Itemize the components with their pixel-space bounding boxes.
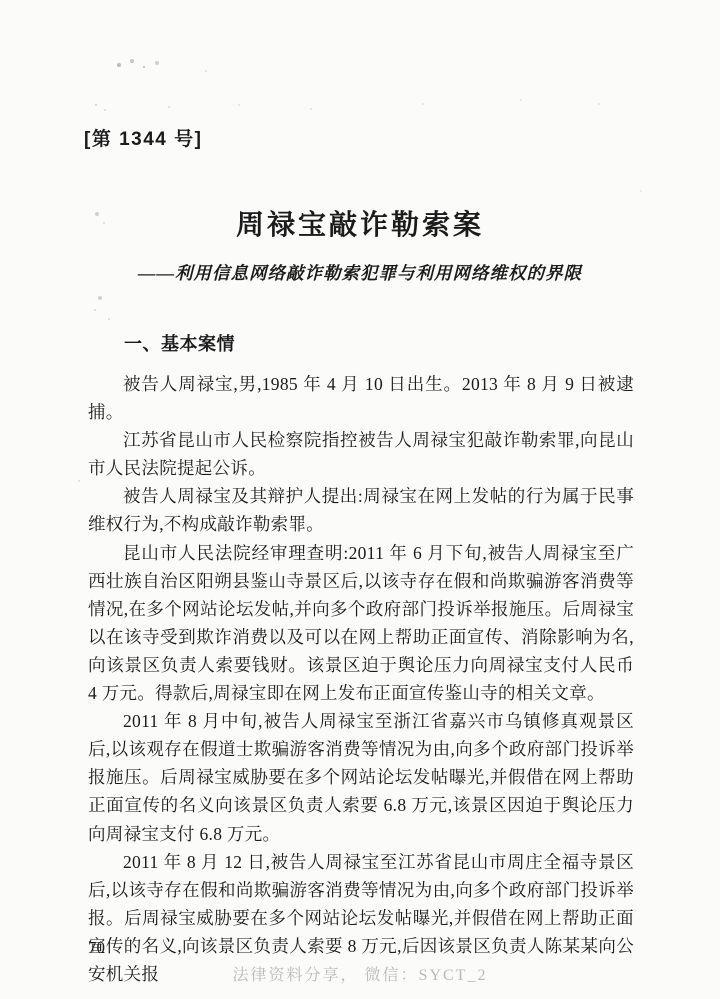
body-paragraph: 被告人周禄宝,男,1985 年 4 月 10 日出生。2013 年 8 月 9 … [88,370,634,426]
body-paragraph: 2011 年 8 月中旬,被告人周禄宝至浙江省嘉兴市乌镇修真观景区后,以该观存在… [88,707,634,847]
section-heading: 一、基本案情 [88,330,634,356]
watermark: 法律资料分享， 微信：SYCT_2 [0,962,720,985]
page-subtitle: ——利用信息网络敲诈勒索犯罪与利用网络维权的界限 [0,260,720,285]
scan-noise [0,0,2,2]
page-number: 70 [88,938,105,958]
page-title: 周禄宝敲诈勒索案 [0,203,720,243]
body-paragraph: 被告人周禄宝及其辩护人提出:周禄宝在网上发帖的行为属于民事维权行为,不构成敲诈勒… [88,482,634,538]
body-paragraph: 江苏省昆山市人民检察院指控被告人周禄宝犯敲诈勒索罪,向昆山市人民法院提起公诉。 [88,426,634,482]
document-page: [第 1344 号] 周禄宝敲诈勒索案 ——利用信息网络敲诈勒索犯罪与利用网络维… [0,0,720,999]
case-number: [第 1344 号] [84,124,202,151]
body-text: 一、基本案情 被告人周禄宝,男,1985 年 4 月 10 日出生。2013 年… [88,330,634,988]
body-paragraph: 昆山市人民法院经审理查明:2011 年 6 月下旬,被告人周禄宝至广西壮族自治区… [88,539,634,708]
